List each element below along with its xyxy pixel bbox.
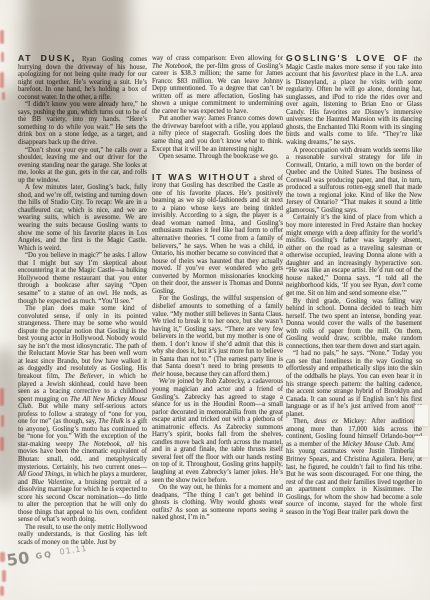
italic-text: All Good Things [18,471,63,478]
italic-text: favoritest [333,71,359,78]
section-paragraph: IT WAS WITHOUT a shred of irony that Gos… [152,174,283,296]
scan-artifact-red [0,30,4,44]
page-edge-fragment [414,436,428,457]
paragraph: “I had no pals,” he says. “None.” Today … [286,350,422,418]
italic-text: all [127,441,134,448]
italic-text: their [152,371,165,378]
section-lead-in: IT WAS WITHOUT [152,172,251,182]
body-text: , a bruising portrait of a dissolving ma… [18,479,147,524]
body-text: place in the L.A. area is Disneyland, a … [286,71,422,146]
article-column-1: AT DUSK, Ryan Gosling comes hurrying dow… [18,55,147,547]
section-lead-in: AT DUSK, [18,53,76,63]
body-text: We’re joined by Rob Zabrecky, a cadavero… [152,378,283,483]
article-column-2: way of crass comparison: Even allowing f… [152,55,283,522]
scan-artifact-red [0,437,4,451]
paragraph: By third grade, Gosling was falling way … [286,298,422,351]
body-text: For the Goslings, the willful suspension… [152,295,283,370]
body-text: A few minutes later, Gosling’s back, ful… [18,184,147,251]
paragraph: Certainly it’s the kind of place from wh… [286,214,422,297]
section-paragraph: GOSLING'S LOVE OF the Magic Castle makes… [286,55,422,147]
scan-artifact-red [2,92,5,100]
italic-text: The Hulk [98,418,123,425]
body-text: “I had no pals,” he says. “None.” Today … [286,350,422,417]
italic-text: deus ex [314,418,338,425]
body-text: . Among his young castmates were Justin … [286,441,422,516]
body-text: Ryan Gosling comes hurrying down the dri… [18,56,147,101]
italic-text: The Notebook [152,63,191,70]
paragraph: “Do you believe in magic?” he asks. I al… [18,252,147,305]
paragraph: On the way out, he thinks for a moment a… [152,484,283,522]
body-text: “I didn’t know you were already here,” h… [18,101,147,146]
body-text: On the way out, he thinks for a moment a… [152,484,283,521]
page-edge-fragment [414,405,428,426]
paragraph: Then, deus ex Mickey: After auditioning … [286,418,422,516]
body-text: By third grade, Gosling was falling way … [286,298,422,350]
scan-artifact-red [0,72,4,88]
body-text: house, because they can afford them.) [165,371,269,378]
body-text: A preoccupation with dream worlds seems … [286,147,422,214]
body-text: Open sesame. Through the bookcase we go. [159,153,279,160]
body-text: a shred of irony that Gosling has descri… [152,175,283,295]
magazine-page: AT DUSK, Ryan Gosling comes hurrying dow… [0,0,430,600]
body-text: , [120,441,127,448]
scan-artifact-red [0,552,5,562]
italic-text: don’t [391,282,405,289]
italic-text: Mickey Mouse Club [342,441,398,448]
section-lead-in: GOSLING'S LOVE OF [286,53,409,63]
italic-text: The Notebook [78,441,119,448]
paragraph: “Don’t shoot your eye out,” he calls ove… [18,147,147,185]
article-column-3: GOSLING'S LOVE OF the Magic Castle makes… [286,55,422,516]
italic-text: The Believer [65,373,103,380]
section-paragraph: AT DUSK, Ryan Gosling comes hurrying dow… [18,55,147,101]
paragraph: The plan does make some kind of convolut… [18,305,147,524]
body-text: “Don’t shoot your eye out,” he calls ove… [18,147,147,184]
scan-artifact-red [1,415,4,427]
italic-text: what [244,138,257,145]
paragraph: We’re joined by Rob Zabrecky, a cadavero… [152,378,283,484]
body-text: Certainly it’s the kind of place from wh… [286,214,422,289]
scan-artifact-red [2,570,6,582]
scan-artifact-red [0,586,4,596]
magazine-name: GQ [35,550,53,561]
scan-artifact-red [1,52,4,62]
paragraph: way of crass comparison: Even allowing f… [152,55,283,115]
paragraph: A preoccupation with dream worlds seems … [286,147,422,215]
body-text: Then, [293,418,314,425]
scan-artifact-red [0,388,4,406]
paragraph: For the Goslings, the willful suspension… [152,295,283,378]
paragraph: “I didn’t know you were already here,” h… [18,101,147,146]
body-text: way of crass comparison: Even allowing f… [152,55,283,62]
issue-date: 01.11 [59,544,88,557]
paragraph: Put another way: James Franco comes down… [152,115,283,153]
body-text: “Do you believe in magic?” he asks. I al… [18,252,147,304]
paragraph: A few minutes later, Gosling’s back, ful… [18,184,147,252]
page-number: 50 [5,548,31,570]
italic-text: Blue Valentine [32,479,73,486]
body-text: The plan does make some kind of convolut… [18,305,147,380]
paragraph: Open sesame. Through the bookcase we go. [152,153,283,161]
body-text: , the per-film gross of Gosling’s career… [152,63,283,115]
